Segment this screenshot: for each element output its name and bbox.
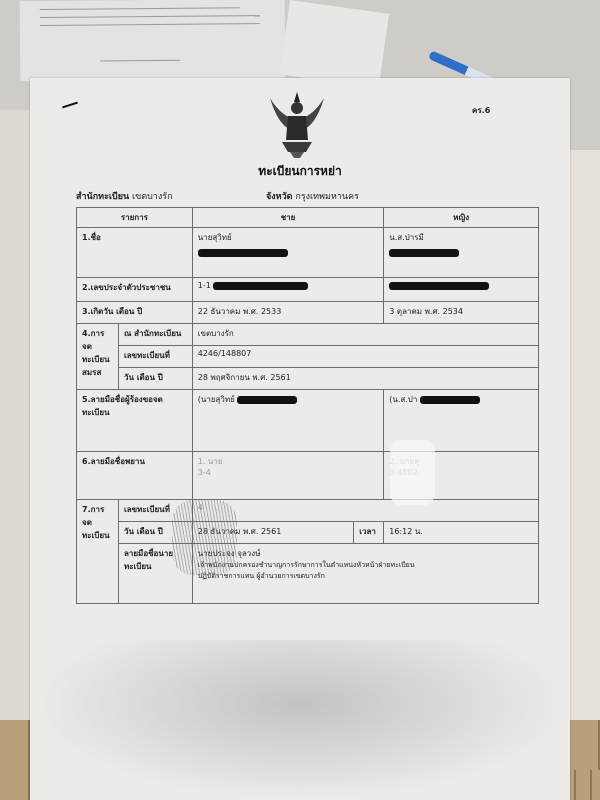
registry-office-label: สำนักทะเบียน [76, 192, 129, 202]
table-row-applicant-signatures: 5.ลายมือชื่อผู้ร้องขอจดทะเบียน (นายสุวิท… [77, 390, 539, 452]
header-female: หญิง [384, 208, 539, 228]
table-row-divorce-date: วัน เดือน ปี 28 ธันวาคม พ.ศ. 2561 เวลา 1… [77, 522, 539, 544]
province-value: กรุงเทพมหานคร [295, 192, 359, 202]
registrar-info: นายประจง จุลวงษ์ เจ้าพนักงานปกครองชำนาญก… [192, 544, 538, 604]
marriage-office-value: เขตบางรัก [192, 324, 538, 346]
witness-1: 1. นาย 3-4 [192, 452, 383, 500]
province-label: จังหวัด [266, 192, 293, 202]
pencil-scribble [172, 500, 237, 575]
divorce-time-label: เวลา [354, 522, 384, 544]
marriage-regno-label: เลขทะเบียนที่ [118, 346, 192, 368]
redaction [213, 282, 308, 290]
male-id-text: 1-1 [198, 281, 211, 290]
row-label: 2.เลขประจำตัวประชาชน [77, 278, 193, 302]
document-title: ทะเบียนการหย่า [0, 162, 600, 181]
row-label: 4.การจดทะเบียนสมรส [77, 324, 119, 390]
table-row-marriage-date: วัน เดือน ปี 28 พฤศจิกายน พ.ศ. 2561 [77, 368, 539, 390]
redaction [389, 249, 459, 257]
row-label: 6.ลายมือชื่อพยาน [77, 452, 193, 500]
paper-shadow [30, 640, 570, 800]
female-signature-text: (น.ส.ปา [389, 395, 417, 404]
table-row-registrar: ลายมือชื่อนายทะเบียน นายประจง จุลวงษ์ เจ… [77, 544, 539, 604]
female-name: น.ส.ปารมี [384, 228, 539, 278]
female-name-text: น.ส.ปารมี [389, 233, 424, 242]
whiteout-mark [390, 440, 435, 505]
table-header-row: รายการ ชาย หญิง [77, 208, 539, 228]
table-row-name: 1.ชื่อ นายสุวิทย์ น.ส.ปารมี [77, 228, 539, 278]
row-label: 3.เกิดวัน เดือน ปี [77, 302, 193, 324]
marriage-date-value: 28 พฤศจิกายน พ.ศ. 2561 [192, 368, 538, 390]
witness-1-id: 3-4 [198, 468, 211, 477]
redaction [237, 396, 297, 404]
divorce-regno-value: 4 [192, 500, 538, 522]
table-row-witness-signatures: 6.ลายมือชื่อพยาน 1. นาย 3-4 2. นายสุ 3-4… [77, 452, 539, 500]
marriage-regno-value: 4246/148807 [192, 346, 538, 368]
male-signature: (นายสุวิทย์ [192, 390, 383, 452]
male-signature-text: (นายสุวิทย์ [198, 395, 235, 404]
female-birthdate: 3 ตุลาคม พ.ศ. 2534 [384, 302, 539, 324]
redaction [389, 282, 489, 290]
witness-1-name: 1. นาย [198, 457, 223, 466]
row-label: 5.ลายมือชื่อผู้ร้องขอจดทะเบียน [77, 390, 193, 452]
divorce-record-table: รายการ ชาย หญิง 1.ชื่อ นายสุวิทย์ น.ส.ปา… [76, 207, 539, 604]
registry-office-value: เขตบางรัก [132, 192, 173, 202]
header-item: รายการ [77, 208, 193, 228]
garuda-emblem-icon [266, 88, 328, 160]
background-wall-left [0, 110, 30, 800]
marriage-date-label: วัน เดือน ปี [118, 368, 192, 390]
marriage-office-label: ณ สำนักทะเบียน [118, 324, 192, 346]
table-row-birthdate: 3.เกิดวัน เดือน ปี 22 ธันวาคม พ.ศ. 2533 … [77, 302, 539, 324]
row-label: 1.ชื่อ [77, 228, 193, 278]
table-row-marriage-office: 4.การจดทะเบียนสมรส ณ สำนักทะเบียน เขตบาง… [77, 324, 539, 346]
male-id: 1-1 [192, 278, 383, 302]
background-paper-2 [280, 0, 389, 88]
form-code: คร.6 [472, 104, 490, 117]
table-row-id: 2.เลขประจำตัวประชาชน 1-1 [77, 278, 539, 302]
female-id [384, 278, 539, 302]
table-row-marriage-regno: เลขทะเบียนที่ 4246/148807 [77, 346, 539, 368]
redaction [420, 396, 480, 404]
header-male: ชาย [192, 208, 383, 228]
divorce-time-value: 16:12 น. [384, 522, 539, 544]
province: จังหวัด กรุงเทพมหานคร [266, 189, 359, 203]
male-name: นายสุวิทย์ [192, 228, 383, 278]
table-row-divorce-regno: 7.การจดทะเบียน เลขทะเบียนที่ 4 [77, 500, 539, 522]
male-birthdate: 22 ธันวาคม พ.ศ. 2533 [192, 302, 383, 324]
registry-office: สำนักทะเบียน เขตบางรัก [76, 189, 173, 203]
background-paper [20, 0, 286, 81]
row-label: 7.การจดทะเบียน [77, 500, 119, 604]
male-name-text: นายสุวิทย์ [198, 233, 232, 242]
redaction [198, 249, 288, 257]
